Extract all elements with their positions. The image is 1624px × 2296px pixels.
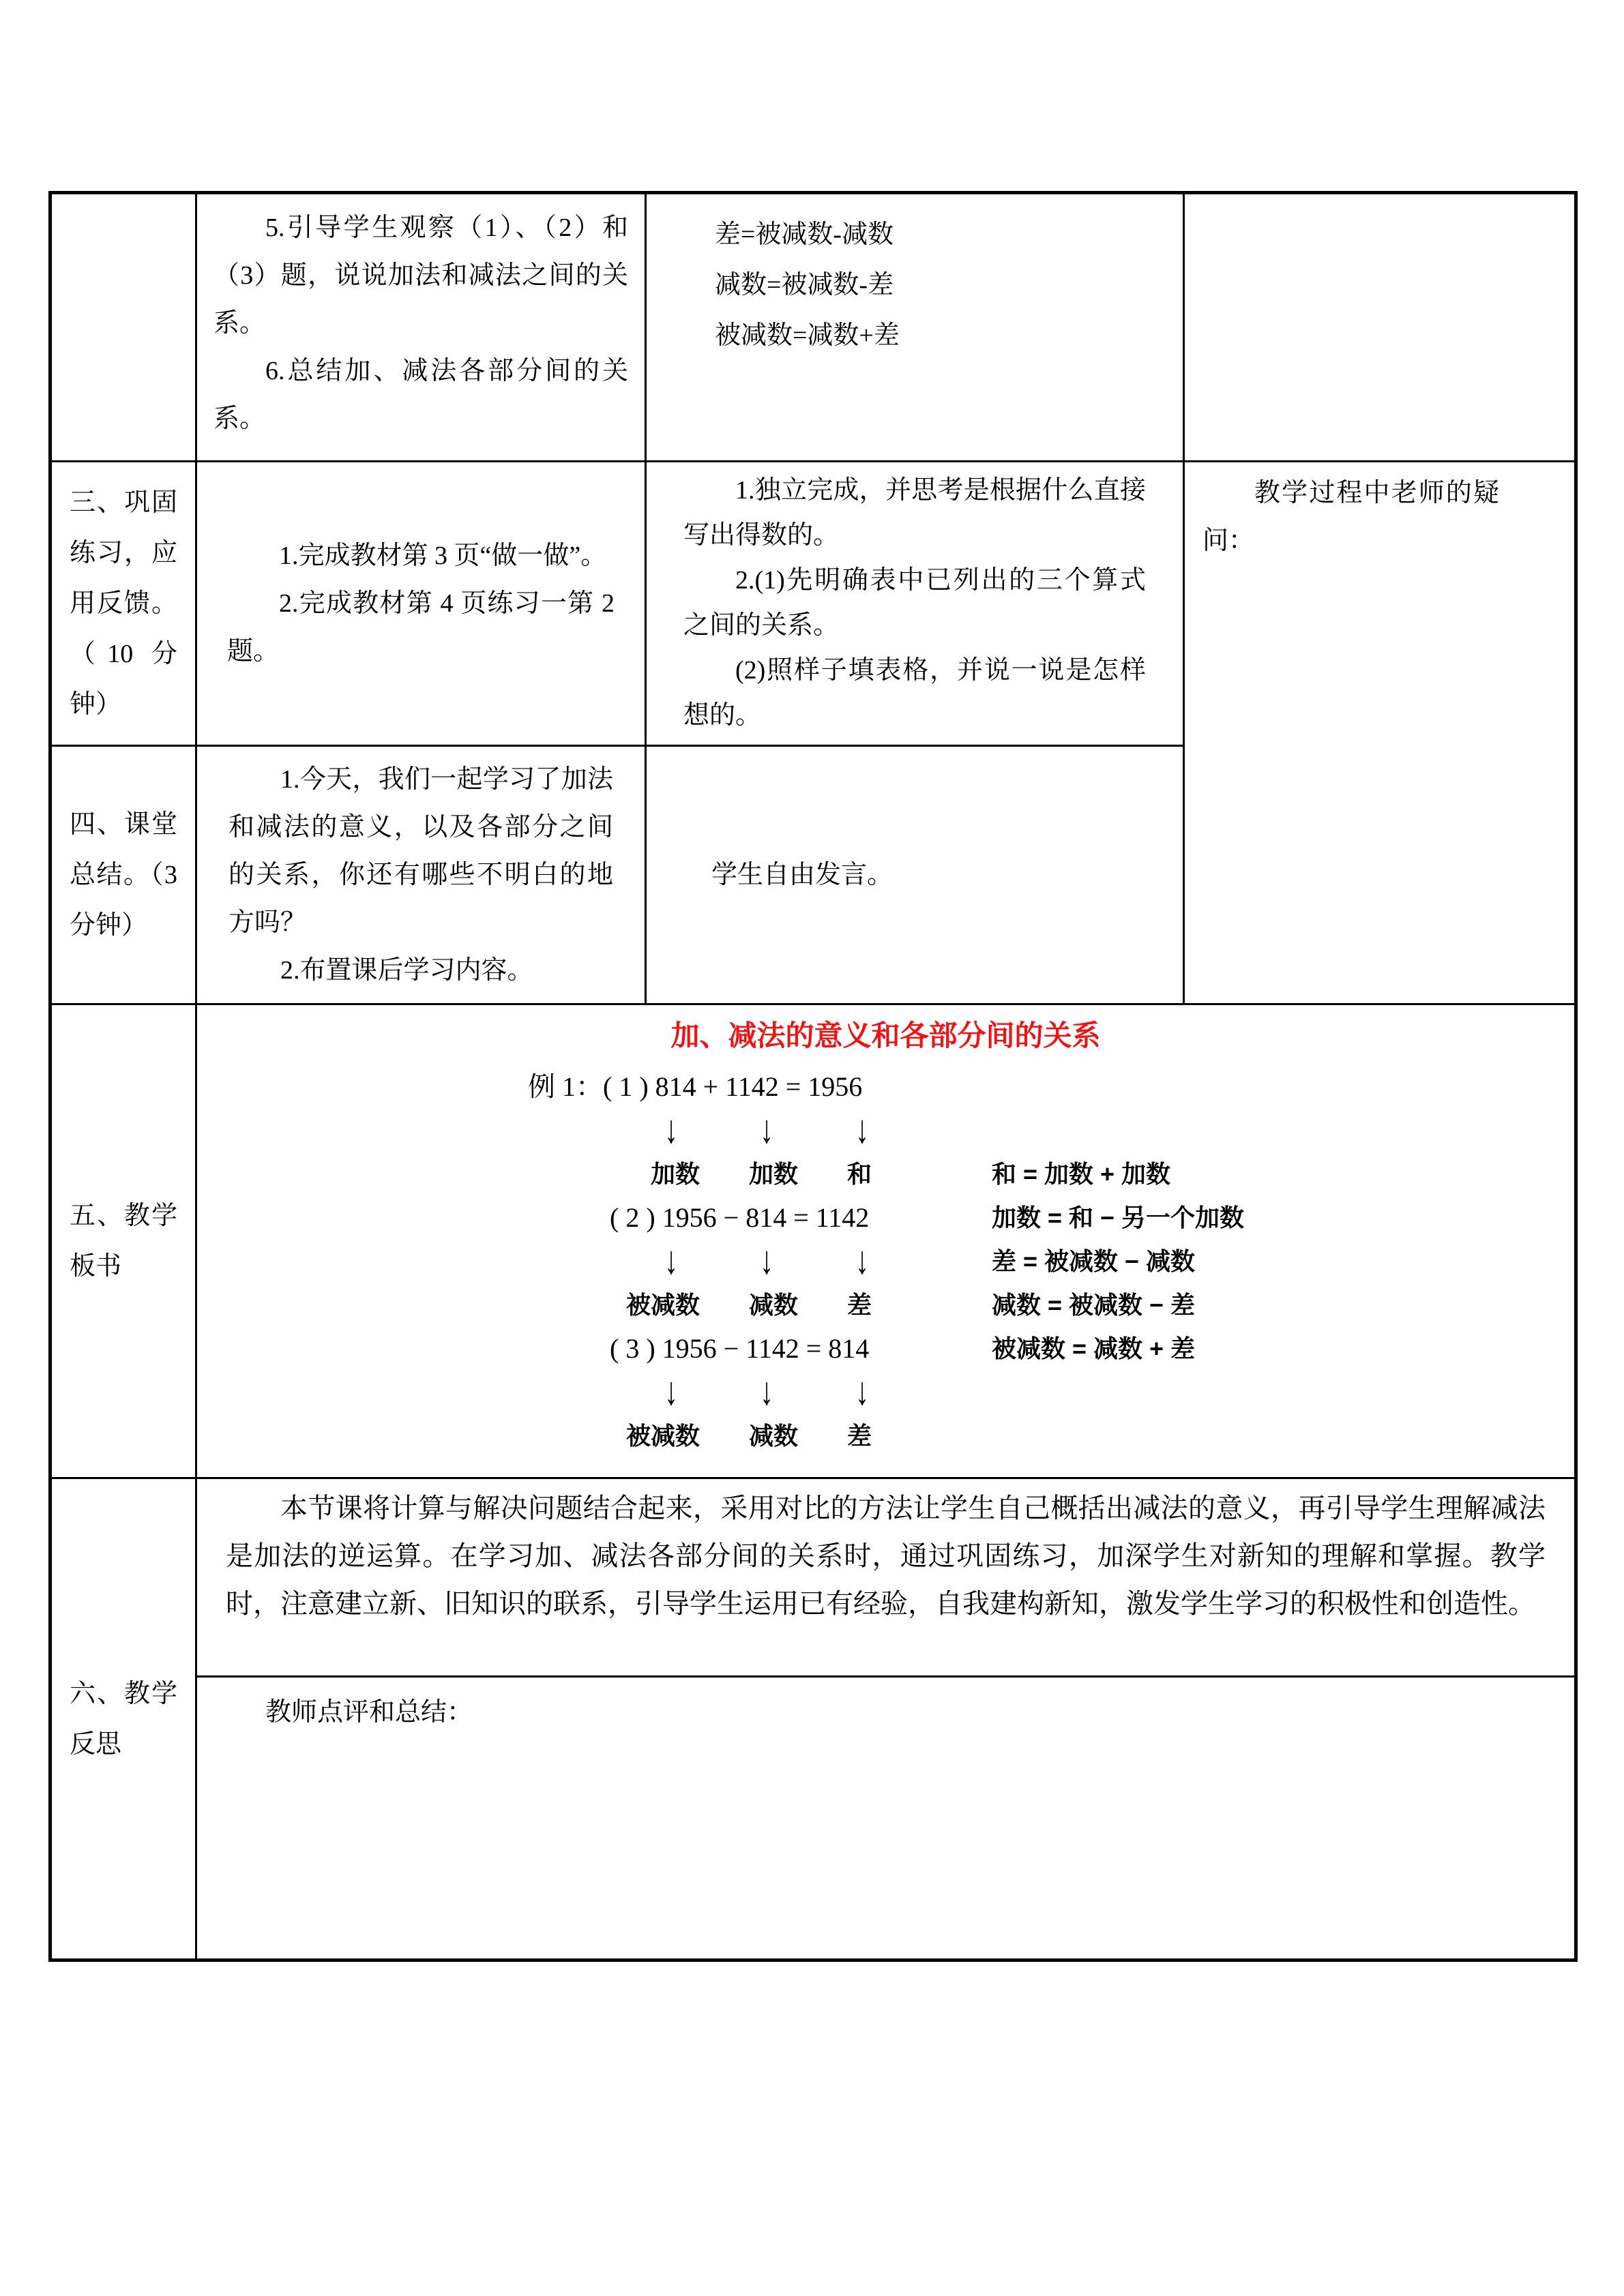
table-row: 六、教学反思 本节课将计算与解决问题结合起来，采用对比的方法让学生自己概括出减法… xyxy=(50,1478,1576,1677)
reflection-text-cell: 本节课将计算与解决问题结合起来，采用对比的方法让学生自己概括出减法的意义，再引导… xyxy=(196,1478,1576,1677)
teacher-activity-item: 1.今天，我们一起学习了加法和减法的意义，以及各部分之间的关系，你还有哪些不明白… xyxy=(228,756,613,946)
reflection-paragraph: 本节课将计算与解决问题结合起来，采用对比的方法让学生自己概括出减法的意义，再引导… xyxy=(226,1485,1546,1628)
stage-blackboard-design: 五、教学板书 xyxy=(50,1004,196,1478)
student-activity-consolidation-cell: 1.独立完成，并思考是根据什么直接写出得数的。 2.(1)先明确表中已列出的三个… xyxy=(646,462,1184,746)
teacher-doubts-note: 教学过程中老师的疑问： xyxy=(1202,469,1499,565)
stage-consolidation-practice: 三、巩固练习，应用反馈。（10 分钟） xyxy=(50,462,196,746)
stage-class-summary: 四、课堂总结。（3 分钟） xyxy=(50,746,196,1004)
teacher-activity-summary-cell: 1.今天，我们一起学习了加法和减法的意义，以及各部分之间的关系，你还有哪些不明白… xyxy=(196,746,646,1004)
formula-line: 被减数=减数+差 xyxy=(715,310,1169,361)
blackboard-design-cell: 加、减法的意义和各部分间的关系 例 1：( 1 ) 814 + 1142 = 1… xyxy=(196,1004,1576,1478)
board-relation-line: 减数 = 被减数 − 差 xyxy=(992,1283,1244,1327)
teacher-activity-consolidation-cell: 1.完成教材第 3 页“做一做”。 2.完成教材第 4 页练习一第 2 题。 xyxy=(196,462,646,746)
stage-cell-empty xyxy=(50,193,196,462)
board-relation-line: 和 = 加数 + 加数 xyxy=(992,1152,1244,1196)
teacher-activity-item: 1.完成教材第 3 页“做一做”。 xyxy=(227,532,615,580)
teacher-comment-note-cell: 教师点评和总结： xyxy=(196,1677,1576,1960)
teacher-comment-note: 教师点评和总结： xyxy=(213,1688,1558,1736)
subtraction-formulas-cell: 差=被减数-减数 减数=被减数-差 被减数=减数+差 xyxy=(646,193,1184,462)
table-row: 5.引导学生观察（1）、（2）和（3）题，说说加法和减法之间的关系。 6.总结加… xyxy=(50,193,1576,462)
teacher-doubts-note-cell: 教学过程中老师的疑问： xyxy=(1184,462,1576,1004)
board-relation-line: 被减数 = 减数 + 差 xyxy=(992,1327,1244,1371)
teacher-activity-observe-cell: 5.引导学生观察（1）、（2）和（3）题，说说加法和减法之间的关系。 6.总结加… xyxy=(196,193,646,462)
table-row: 教师点评和总结： xyxy=(50,1677,1576,1960)
student-activity-item: 1.独立完成，并思考是根据什么直接写出得数的。 xyxy=(683,468,1146,558)
student-activity-item: (2)照样子填表格，并说一说是怎样想的。 xyxy=(683,648,1146,738)
board-relation-line: 差 = 被减数 − 减数 xyxy=(992,1240,1244,1283)
blackboard-example-block: 例 1：( 1 ) 814 + 1142 = 1956 ↓ ↓ ↓ 加数 加数 … xyxy=(528,1065,872,1458)
teacher-activity-item: 2.完成教材第 4 页练习一第 2 题。 xyxy=(227,580,615,675)
teacher-activity-item: 5.引导学生观察（1）、（2）和（3）题，说说加法和减法之间的关系。 xyxy=(213,204,628,347)
board-arrows-line: ↓ ↓ ↓ xyxy=(528,1098,872,1161)
student-activity-item: 2.(1)先明确表中已列出的三个算式之间的关系。 xyxy=(683,558,1146,648)
table-row: 三、巩固练习，应用反馈。（10 分钟） 1.完成教材第 3 页“做一做”。 2.… xyxy=(50,462,1576,746)
remark-cell-empty xyxy=(1184,193,1576,462)
teacher-activity-item: 2.布置课后学习内容。 xyxy=(228,946,613,994)
teacher-activity-item: 6.总结加、减法各部分间的关系。 xyxy=(213,347,628,443)
board-arrows-line: ↓ ↓ ↓ xyxy=(528,1229,872,1292)
board-arrows-line: ↓ ↓ ↓ xyxy=(528,1360,872,1423)
student-activity-summary-cell: 学生自由发言。 xyxy=(646,746,1184,1004)
board-relation-line: 加数 = 和 − 另一个加数 xyxy=(992,1196,1244,1240)
blackboard-relations-block: 和 = 加数 + 加数 加数 = 和 − 另一个加数 差 = 被减数 − 减数 … xyxy=(992,1152,1244,1371)
table-row: 五、教学板书 加、减法的意义和各部分间的关系 例 1：( 1 ) 814 + 1… xyxy=(50,1004,1576,1478)
formula-line: 差=被减数-减数 xyxy=(715,209,1169,260)
lesson-plan-page: 5.引导学生观察（1）、（2）和（3）题，说说加法和减法之间的关系。 6.总结加… xyxy=(0,0,1624,2296)
stage-teaching-reflection: 六、教学反思 xyxy=(50,1478,196,1960)
lesson-plan-table: 5.引导学生观察（1）、（2）和（3）题，说说加法和减法之间的关系。 6.总结加… xyxy=(48,191,1578,1962)
blackboard-title: 加、减法的意义和各部分间的关系 xyxy=(197,1019,1574,1053)
formula-line: 减数=被减数-差 xyxy=(715,260,1169,310)
